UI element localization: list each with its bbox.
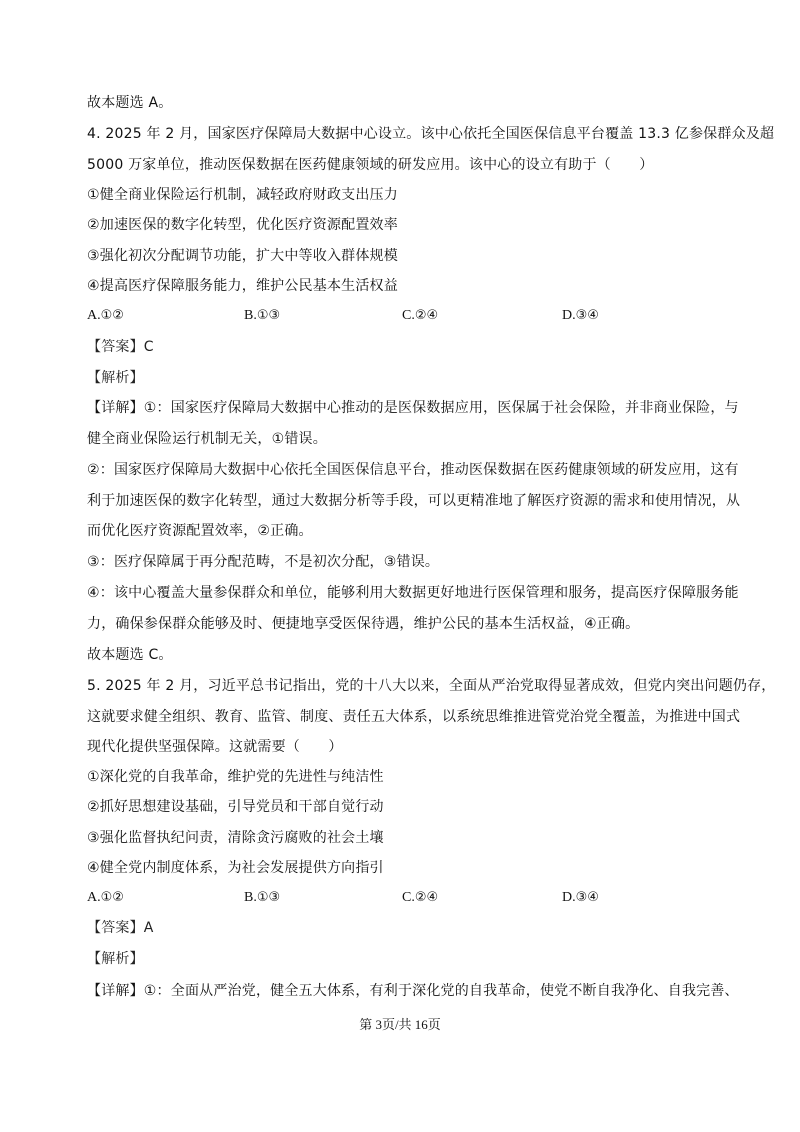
q4-option-c: C.②④ <box>402 306 438 326</box>
q4-analysis-heading: 【解析】 <box>87 368 144 388</box>
q4-statement-3: ③强化初次分配调节功能，扩大中等收入群体规模 <box>87 246 398 266</box>
q4-detail-line-8: 力，确保参保群众能够及时、便捷地享受医保待遇，维护公民的基本生活权益，④正确。 <box>87 614 639 634</box>
q4-statement-1: ①健全商业保险运行机制，减轻政府财政支出压力 <box>87 185 398 205</box>
q4-option-a: A.①② <box>87 306 124 326</box>
q5-statement-3: ③强化监督执纪问责，清除贪污腐败的社会土壤 <box>87 828 384 848</box>
q4-stem-line-1: 4. 2025 年 2 月，国家医疗保障局大数据中心设立。该中心依托全国医保信息… <box>87 124 774 144</box>
q5-stem-line-1: 5. 2025 年 2 月，习近平总书记指出，党的十八大以来，全面从严治党取得显… <box>87 676 776 696</box>
q5-analysis-heading: 【解析】 <box>87 949 144 969</box>
q4-detail-line-1: 【详解】①：国家医疗保障局大数据中心推动的是医保数据应用，医保属于社会保险，并非… <box>87 398 739 418</box>
q4-answer: 【答案】C <box>87 337 154 357</box>
q4-detail-line-7: ④：该中心覆盖大量参保群众和单位，能够利用大数据更好地进行医保管理和服务，提高医… <box>87 583 739 603</box>
q4-option-d: D.③④ <box>562 306 599 326</box>
document-page: 故本题选 A。 4. 2025 年 2 月，国家医疗保障局大数据中心设立。该中心… <box>0 0 800 1132</box>
q5-option-d: D.③④ <box>562 888 599 908</box>
previous-conclusion: 故本题选 A。 <box>87 93 172 113</box>
q4-statement-4: ④提高医疗保障服务能力，维护公民基本生活权益 <box>87 276 398 296</box>
q5-answer: 【答案】A <box>87 918 154 938</box>
q5-option-c: C.②④ <box>402 888 438 908</box>
q5-statement-4: ④健全党内制度体系，为社会发展提供方向指引 <box>87 858 384 878</box>
q4-option-b: B.①③ <box>244 306 280 326</box>
q4-detail-line-2: 健全商业保险运行机制无关，①错误。 <box>87 429 327 449</box>
q5-stem-line-3: 现代化提供坚强保障。这就需要（ ） <box>87 737 343 757</box>
q4-detail-line-6: ③：医疗保障属于再分配范畴，不是初次分配，③错误。 <box>87 552 439 572</box>
q5-detail-line-1: 【详解】①：全面从严治党，健全五大体系，有利于深化党的自我革命，使党不断自我净化… <box>87 981 739 1001</box>
q5-statement-1: ①深化党的自我革命，维护党的先进性与纯洁性 <box>87 767 384 787</box>
q4-detail-line-3: ②：国家医疗保障局大数据中心依托全国医保信息平台，推动医保数据在医药健康领域的研… <box>87 460 739 480</box>
q5-statement-2: ②抓好思想建设基础，引导党员和干部自觉行动 <box>87 797 384 817</box>
q5-option-b: B.①③ <box>244 888 280 908</box>
q4-conclusion: 故本题选 C。 <box>87 645 173 665</box>
q5-stem-line-2: 这就要求健全组织、教育、监管、制度、责任五大体系，以系统思维推进管党治党全覆盖，… <box>87 707 740 727</box>
q4-stem-line-2: 5000 万家单位，推动医保数据在医药健康领域的研发应用。该中心的设立有助于（ … <box>87 155 653 175</box>
q5-option-a: A.①② <box>87 888 124 908</box>
q4-statement-2: ②加速医保的数字化转型，优化医疗资源配置效率 <box>87 215 398 235</box>
q4-detail-line-5: 而优化医疗资源配置效率，②正确。 <box>87 521 313 541</box>
q4-detail-line-4: 利于加速医保的数字化转型，通过大数据分析等手段，可以更精准地了解医疗资源的需求和… <box>87 491 740 511</box>
page-footer: 第 3页/共 16页 <box>0 1016 800 1034</box>
